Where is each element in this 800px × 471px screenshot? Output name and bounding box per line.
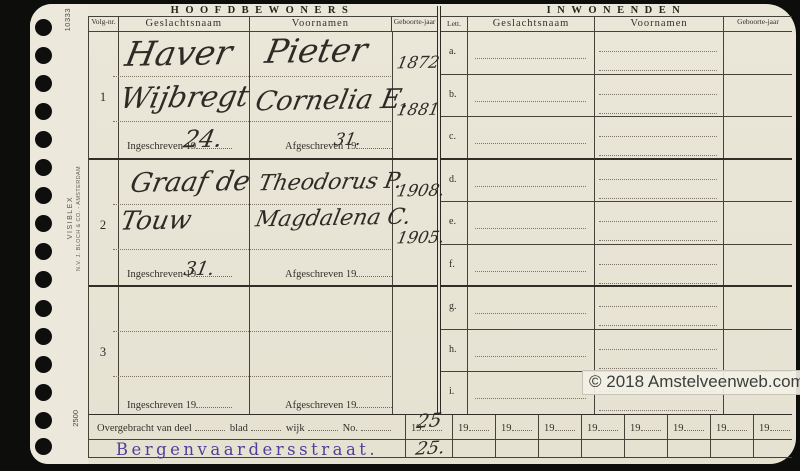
voornamen-cell <box>595 287 724 329</box>
voornamen-cell <box>595 160 724 202</box>
writing-line <box>475 101 586 102</box>
dotted-blank <box>356 267 392 277</box>
letter-label: e. <box>449 216 456 227</box>
lett-cell: i. <box>441 372 468 414</box>
inwonenden-header-row: Lett. Geslachtsnaam Voornamen Geboorte-j… <box>441 17 792 32</box>
volgnr-cell: 2 <box>89 160 119 286</box>
resident-group-2: 2 Graaf de Theodorus P. 1908. Touw Magda… <box>89 160 437 288</box>
punch-hole <box>35 103 52 120</box>
writing-line <box>475 228 586 229</box>
punch-hole <box>35 187 52 204</box>
voornamen-cell <box>595 330 724 372</box>
year-prefix-wrap: 19 <box>625 415 667 434</box>
writing-line <box>599 198 717 199</box>
writing-line <box>599 283 717 284</box>
column-header-geslachtsnaam: Geslachtsnaam <box>468 17 595 31</box>
writing-line <box>113 204 391 205</box>
letter-label: c. <box>449 131 456 142</box>
lett-cell: h. <box>441 330 468 372</box>
inwonenden-table: Lett. Geslachtsnaam Voornamen Geboorte-j… <box>441 16 792 414</box>
afgeschreven-year-handwritten: 31. <box>332 132 362 149</box>
column-header-volgnr: Volg-nr. <box>89 17 119 31</box>
street-name-stamp: Bergenvaardersstraat. <box>89 440 405 459</box>
year-prefix: 19 <box>630 423 641 434</box>
writing-line <box>599 410 717 411</box>
writing-line <box>475 186 586 187</box>
voornamen-cell <box>595 32 724 74</box>
punch-hole <box>35 438 52 455</box>
letter-label: g. <box>449 301 457 312</box>
manufacturer-name: VISIBLEX <box>67 196 74 239</box>
dotted-blank <box>512 421 532 431</box>
writing-line <box>599 221 717 222</box>
year-cell: 19 <box>582 415 625 439</box>
section-divider-double-line <box>437 6 441 414</box>
voornamen-cell <box>595 75 724 117</box>
punch-hole <box>35 159 52 176</box>
geslachtsnaam-cell <box>468 202 595 244</box>
year-cell: 19 <box>711 415 754 439</box>
lodger-row-f: f. <box>441 245 792 288</box>
writing-line <box>475 143 586 144</box>
geslachtsnaam-cell <box>468 160 595 202</box>
geslachtsnaam-cell <box>468 245 595 286</box>
empty-cell <box>453 440 496 457</box>
writing-line <box>599 113 717 114</box>
letter-label: i. <box>449 386 454 397</box>
resident-group-3: 3 Ingeschreven 19 Afgeschreven 19 <box>89 287 437 414</box>
year-prefix: 19 <box>673 423 684 434</box>
dotted-blank <box>308 421 338 431</box>
year-prefix: 19 <box>458 423 469 434</box>
empty-cell <box>625 440 668 457</box>
lett-cell: f. <box>441 245 468 286</box>
writing-line <box>475 398 586 399</box>
surname-handwritten: Graaf de <box>128 168 252 197</box>
year-prefix: 19 <box>501 423 512 434</box>
overgebracht-deel-label: Overgebracht van deel <box>97 423 192 434</box>
year-prefix-wrap: 19 <box>539 415 581 434</box>
year-cell: 19 <box>496 415 539 439</box>
volgnr-cell: 1 <box>89 32 119 158</box>
lett-cell: d. <box>441 160 468 202</box>
year-cell: 19 <box>453 415 496 439</box>
geboortejaar-cell <box>393 287 437 414</box>
dotted-blank <box>195 421 225 431</box>
address-row: Bergenvaardersstraat. 25. <box>88 440 792 458</box>
dotted-blank <box>641 421 661 431</box>
transfer-year-handwritten: 25 <box>415 411 443 432</box>
firstnames-handwritten: Cornelia E. <box>253 86 412 116</box>
lodger-row-e: e. <box>441 202 792 245</box>
writing-line <box>475 271 586 272</box>
registration-card: 10333 VISIBLEX N.V. J. BLOCH & CO. - AMS… <box>30 4 796 464</box>
writing-line <box>599 349 717 350</box>
geboortejaar-cell <box>724 75 792 117</box>
empty-cell <box>668 440 711 457</box>
lett-cell: g. <box>441 287 468 329</box>
stock-number-top: 10333 <box>63 8 72 31</box>
ingeschreven-year-handwritten: 24. <box>182 127 225 152</box>
empty-cell <box>754 440 792 457</box>
manufacturer-address: N.V. J. BLOCH & CO. - AMSTERDAM <box>76 166 82 271</box>
writing-line <box>113 76 391 77</box>
geboortejaar-cell <box>724 245 792 286</box>
year-prefix: 19 <box>716 423 727 434</box>
writing-line <box>599 51 717 52</box>
inwonenden-title: INWONENDEN <box>441 5 792 16</box>
writing-line <box>475 356 586 357</box>
birthyear-handwritten: 1872 <box>395 55 440 72</box>
writing-line <box>475 313 586 314</box>
volgnr-value: 1 <box>89 90 117 105</box>
writing-line <box>113 331 391 332</box>
overgebracht-wijk-label: wijk <box>286 423 305 434</box>
year-prefix: 19 <box>544 423 555 434</box>
ingeschreven-year-handwritten: 31. <box>182 259 216 279</box>
geboortejaar-cell <box>724 117 792 158</box>
geslachtsnaam-cell <box>119 287 250 414</box>
year-cell: 19 <box>625 415 668 439</box>
volgnr-value: 3 <box>89 345 117 360</box>
year-cell: 19 <box>754 415 792 439</box>
writing-line <box>599 70 717 71</box>
volgnr-value: 2 <box>89 218 117 233</box>
surname-handwritten: Wijbregt <box>118 82 251 113</box>
punch-hole <box>35 131 52 148</box>
house-number-cell: 25. <box>406 440 453 457</box>
overgebracht-line: Overgebracht van deelbladwijkNo. <box>89 415 405 434</box>
empty-cell <box>582 440 625 457</box>
geslachtsnaam-cell <box>468 32 595 74</box>
stock-number-bottom: 2500 <box>71 410 80 427</box>
column-header-geslachtsnaam: Geslachtsnaam <box>119 17 250 31</box>
punch-hole <box>35 412 52 429</box>
birthyear-handwritten: 1881 <box>395 102 440 119</box>
punch-hole <box>35 384 52 401</box>
lodger-row-b: b. <box>441 75 792 118</box>
year-prefix-wrap: 19 <box>496 415 538 434</box>
dotted-blank <box>727 421 747 431</box>
year-prefix-wrap: 19 <box>582 415 624 434</box>
column-header-voornamen: Voornamen <box>250 17 393 31</box>
afgeschreven-text: Afgeschreven 19 <box>285 400 356 411</box>
lodger-row-h: h. <box>441 330 792 373</box>
lett-cell: e. <box>441 202 468 244</box>
writing-line <box>113 376 391 377</box>
afgeschreven-label: Afgeschreven 19 <box>285 267 392 280</box>
overgebracht-cell: Overgebracht van deelbladwijkNo. <box>89 415 406 439</box>
copyright-watermark: © 2018 Amstelveenweb.com <box>582 370 800 395</box>
lodger-row-a: a. <box>441 32 792 75</box>
column-header-lett: Lett. <box>441 17 468 31</box>
ingeschreven-label: Ingeschreven 19 <box>127 267 232 280</box>
resident-group-1: 1 Haver Pieter 1872 Wijbregt Cornelia E.… <box>89 32 437 160</box>
column-header-voornamen: Voornamen <box>595 17 724 31</box>
year-prefix-wrap: 19 <box>754 415 792 434</box>
lett-cell: b. <box>441 75 468 117</box>
firstnames-handwritten: Theodorus P. <box>257 170 405 194</box>
dotted-blank <box>356 139 392 149</box>
punch-hole <box>35 356 52 373</box>
volgnr-cell: 3 <box>89 287 119 414</box>
empty-cell <box>711 440 754 457</box>
punch-hole <box>35 47 52 64</box>
letter-label: h. <box>449 344 457 355</box>
dotted-blank <box>598 421 618 431</box>
hoofdbewoners-title: HOOFDBEWONERS <box>88 5 437 16</box>
year-prefix: 19 <box>587 423 598 434</box>
column-header-geboortejaar: Geboorte-jaar <box>392 17 437 31</box>
geslachtsnaam-cell <box>468 330 595 372</box>
lett-cell: c. <box>441 117 468 158</box>
geboortejaar-cell <box>724 330 792 372</box>
writing-line <box>599 368 717 369</box>
lodger-row-d: d. <box>441 160 792 203</box>
geboortejaar-cell <box>724 202 792 244</box>
afgeschreven-text: Afgeschreven 19 <box>285 269 356 280</box>
year-cell: 19 <box>668 415 711 439</box>
writing-line <box>113 121 391 122</box>
punch-hole <box>35 300 52 317</box>
dotted-blank <box>361 421 391 431</box>
geslachtsnaam-cell <box>468 287 595 329</box>
writing-line <box>599 306 717 307</box>
lodger-row-g: g. <box>441 287 792 330</box>
dotted-blank <box>684 421 704 431</box>
overgebracht-no-label: No. <box>343 423 358 434</box>
year-cell: 19 <box>539 415 582 439</box>
writing-line <box>475 58 586 59</box>
overgebracht-blad-label: blad <box>230 423 248 434</box>
year-cell: 19 25 <box>406 415 453 439</box>
year-prefix-wrap: 19 <box>668 415 710 434</box>
dotted-blank <box>251 421 281 431</box>
punch-hole <box>35 19 52 36</box>
geboortejaar-cell <box>724 287 792 329</box>
afgeschreven-label: Afgeschreven 19 <box>285 398 392 411</box>
dotted-blank <box>555 421 575 431</box>
geslachtsnaam-cell <box>468 372 595 414</box>
letter-label: d. <box>449 174 457 185</box>
dotted-blank <box>770 421 790 431</box>
punch-hole <box>35 75 52 92</box>
letter-label: f. <box>449 259 455 270</box>
letter-label: b. <box>449 89 457 100</box>
voornamen-cell <box>595 202 724 244</box>
geboortejaar-cell <box>724 32 792 74</box>
hoofdbewoners-header-row: Volg-nr. Geslachtsnaam Voornamen Geboort… <box>89 17 437 32</box>
writing-line <box>599 179 717 180</box>
writing-line <box>599 325 717 326</box>
punch-hole <box>35 328 52 345</box>
geslachtsnaam-cell <box>468 117 595 158</box>
voornamen-cell <box>250 287 393 414</box>
dotted-blank <box>196 398 232 408</box>
writing-line <box>599 155 717 156</box>
hoofdbewoners-table: Volg-nr. Geslachtsnaam Voornamen Geboort… <box>88 16 437 414</box>
empty-cell <box>496 440 539 457</box>
street-cell: Bergenvaardersstraat. <box>89 440 406 457</box>
writing-line <box>599 264 717 265</box>
dotted-blank <box>356 398 392 408</box>
firstnames-handwritten: Magdalena C. <box>254 206 413 231</box>
writing-line <box>599 136 717 137</box>
empty-cell <box>539 440 582 457</box>
column-header-geboortejaar: Geboorte-jaar <box>724 17 792 31</box>
year-prefix: 19 <box>759 423 770 434</box>
geslachtsnaam-cell <box>468 75 595 117</box>
lodger-row-c: c. <box>441 117 792 160</box>
geboortejaar-cell <box>724 160 792 202</box>
scanned-photo-background: 10333 VISIBLEX N.V. J. BLOCH & CO. - AMS… <box>0 0 800 471</box>
surname-handwritten: Haver <box>122 36 235 72</box>
letter-label: a. <box>449 46 456 57</box>
writing-line <box>599 240 717 241</box>
voornamen-cell <box>595 117 724 158</box>
dotted-blank <box>469 421 489 431</box>
transfer-row: Overgebracht van deelbladwijkNo. 19 25 1… <box>88 414 792 440</box>
surname-handwritten: Touw <box>118 207 193 234</box>
writing-line <box>113 249 391 250</box>
year-prefix-wrap: 19 <box>711 415 753 434</box>
ingeschreven-text: Ingeschreven 19 <box>127 400 196 411</box>
house-number-handwritten: 25. <box>414 439 447 458</box>
voornamen-cell <box>595 245 724 286</box>
firstnames-handwritten: Pieter <box>263 33 371 68</box>
ingeschreven-label: Ingeschreven 19 <box>127 398 232 411</box>
lett-cell: a. <box>441 32 468 74</box>
writing-line <box>599 94 717 95</box>
year-prefix-wrap: 19 <box>453 415 495 434</box>
